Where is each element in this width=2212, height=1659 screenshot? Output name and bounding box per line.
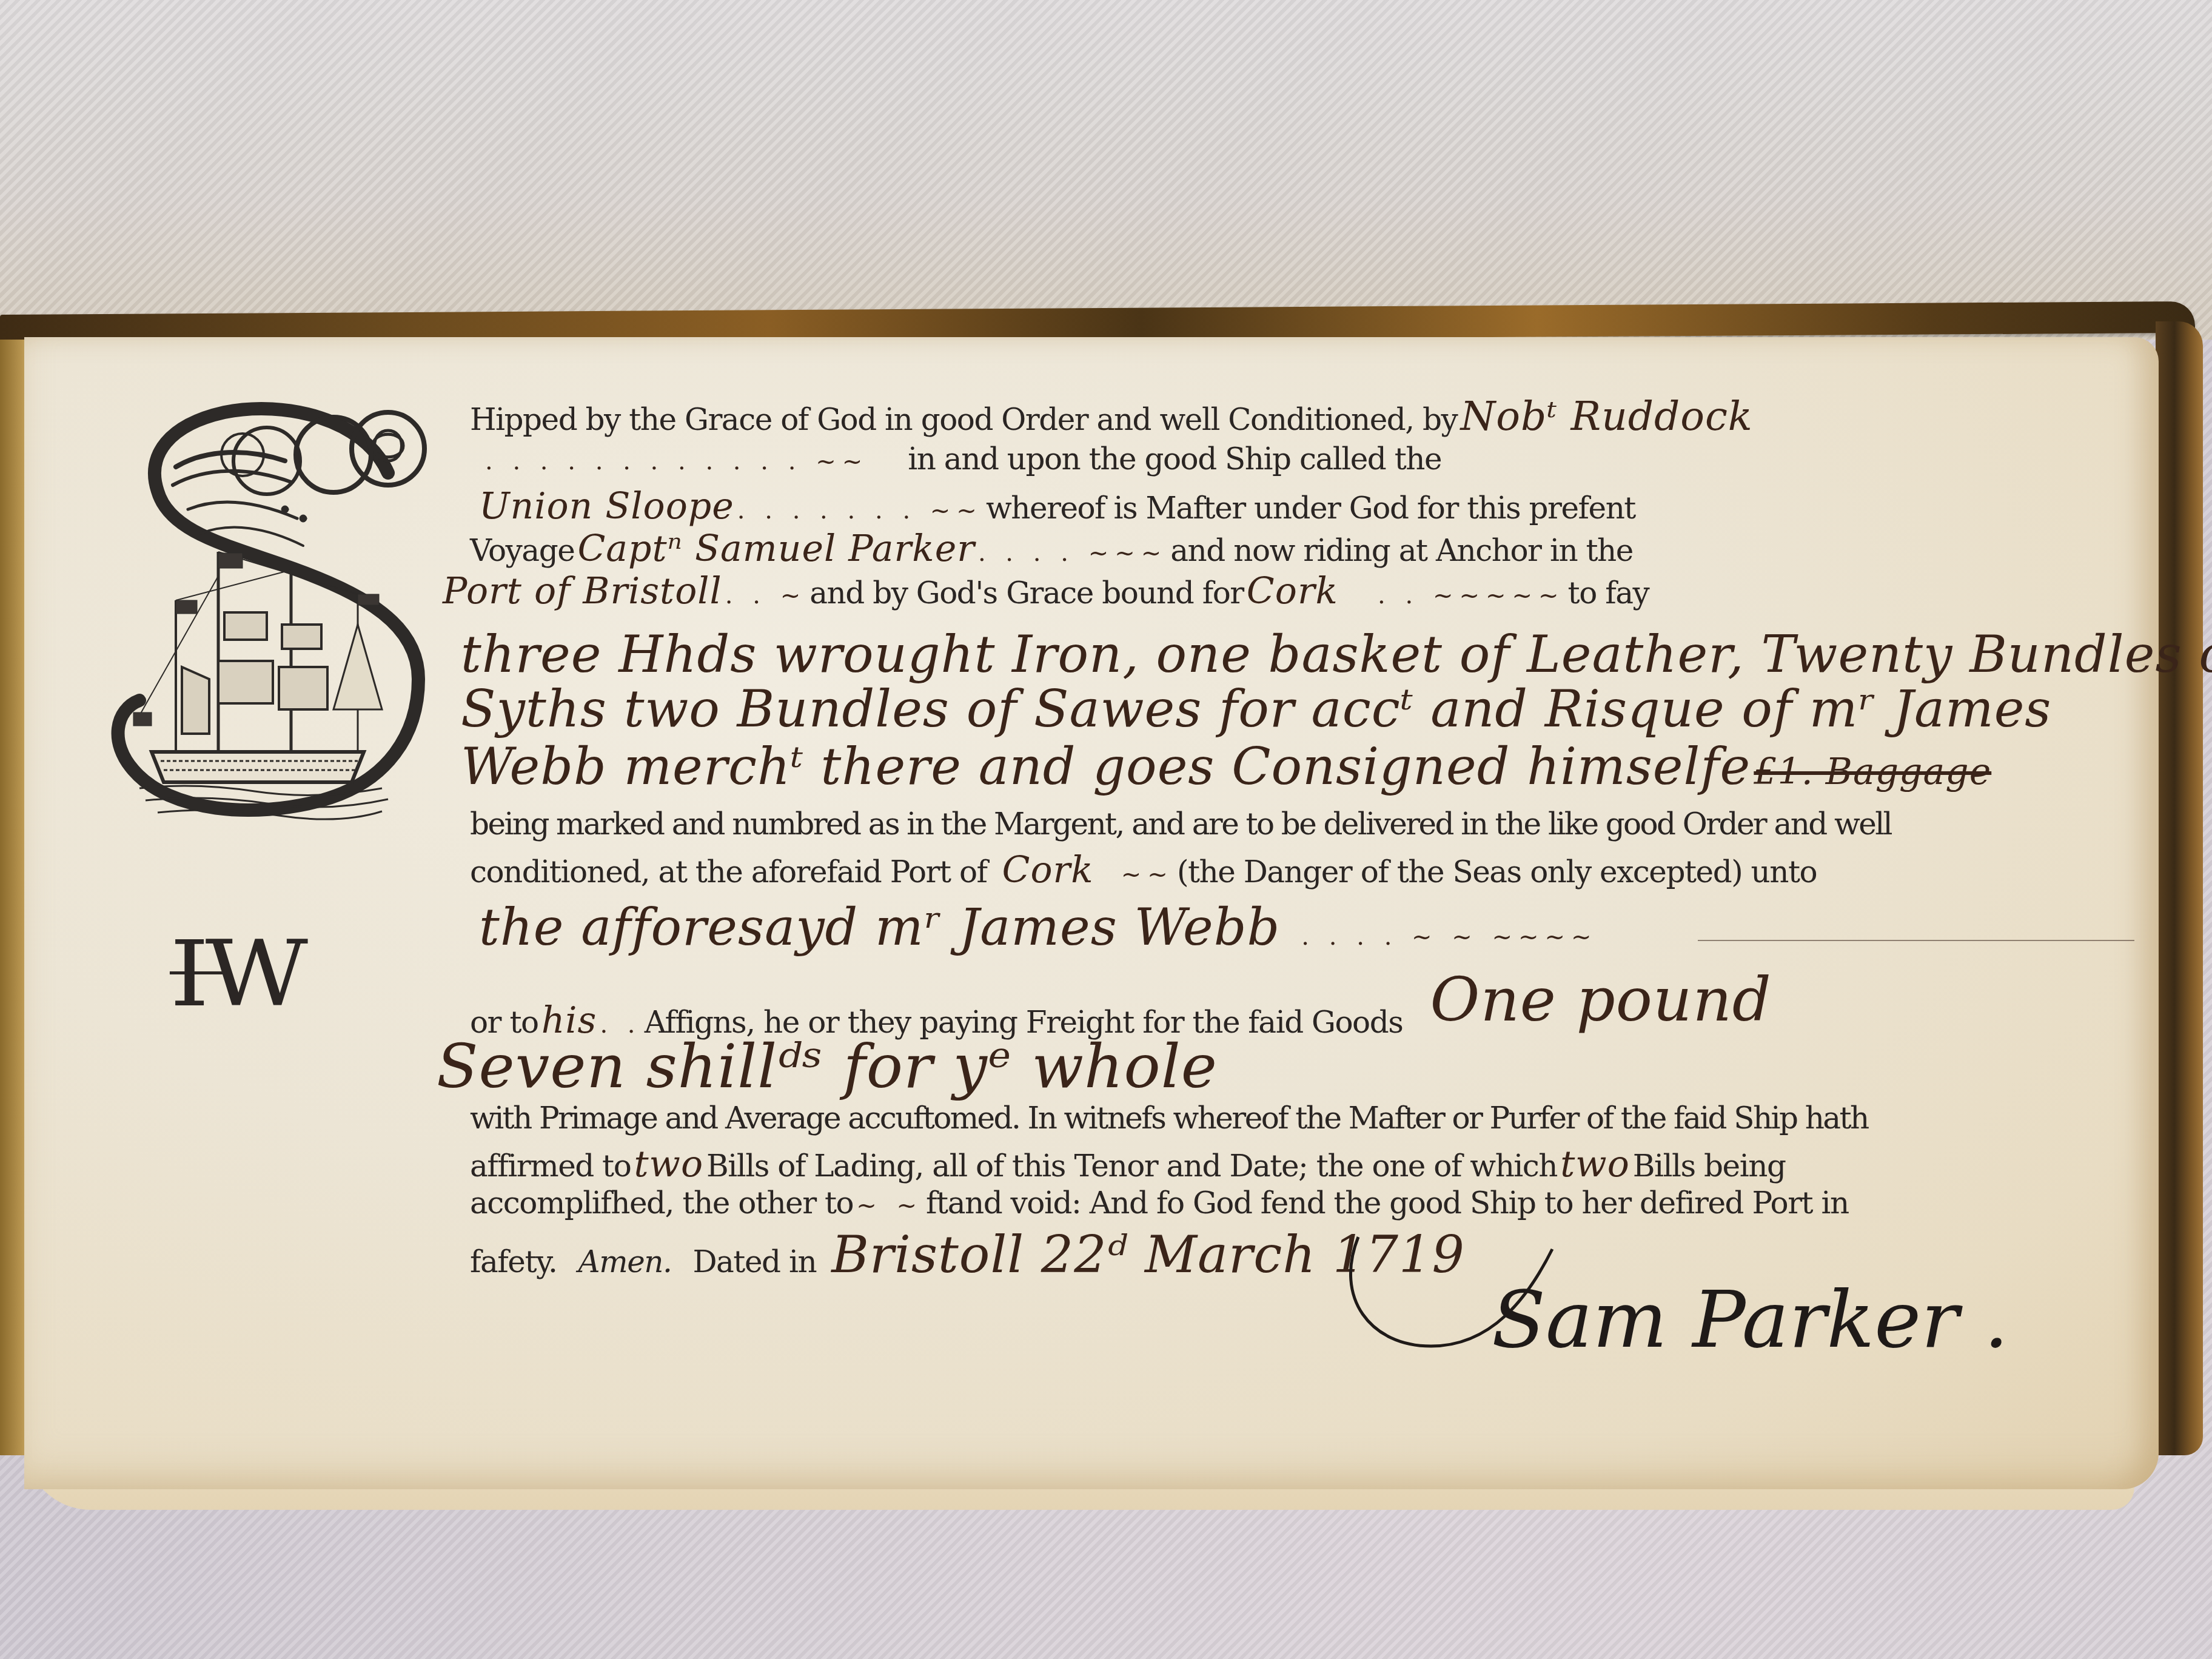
cloth-background	[0, 0, 2212, 340]
doc-line-3: Union Sloope . . . . . . . ~~ whereof is…	[479, 485, 1635, 528]
struck-baggage-note: £1. Baggage	[1754, 751, 1991, 793]
filler-dots: . . . . . . . ~~	[737, 497, 983, 525]
printed-text: (the Danger of the Seas only excepted) u…	[1177, 854, 1817, 890]
doc-line-11: the afforesayd mʳ James Webb . . . . ~ ~…	[479, 897, 1598, 957]
printed-text: fafety.	[470, 1244, 557, 1279]
filler-dots: ~ ~	[856, 1191, 923, 1219]
printed-text: Voyage	[470, 533, 574, 568]
doc-line-4: Voyage Captⁿ Samuel Parker . . . . ~~~ a…	[470, 528, 1633, 570]
printed-text: being marked and numbred as in the Marge…	[470, 806, 1891, 842]
printed-text: Bills of Lading, all of this Tenor and D…	[706, 1148, 1557, 1184]
printed-text: conditioned, at the aforefaid Port of	[470, 854, 987, 890]
printed-text: to fay	[1568, 575, 1649, 611]
printed-text: Amen.	[578, 1244, 672, 1279]
doc-line-17: fafety. Amen. Dated in Bristoll 22ᵈ Marc…	[470, 1225, 1465, 1284]
printed-text: with Primage and Average accuftomed. In …	[470, 1101, 1868, 1136]
bills-count: two	[634, 1143, 703, 1185]
printed-text: Dated in	[692, 1244, 816, 1279]
filler-dots: . . ~~~~~	[1378, 581, 1564, 609]
cargo-margin-mark: IW	[170, 922, 304, 1027]
printed-text: in and upon the good Ship called the	[908, 441, 1441, 477]
cargo-description: three Hhds wrought Iron, one basket of L…	[461, 625, 2212, 684]
cargo-description: Webb merchᵗ there and goes Consigned him…	[461, 737, 1751, 796]
port-of-departure: Port of Bristoll	[443, 570, 722, 612]
doc-line-1: Hipped by the Grace of God in good Order…	[470, 393, 1753, 440]
doc-line-6: three Hhds wrought Iron, one basket of L…	[461, 625, 2212, 684]
printed-text: and by God's Grace bound for	[809, 575, 1243, 611]
doc-line-14: with Primage and Average accuftomed. In …	[470, 1101, 1868, 1136]
printed-text: ftand void: And fo God fend the good Shi…	[926, 1185, 1849, 1221]
printed-text: and now riding at Anchor in the	[1170, 533, 1633, 568]
doc-line-8: Webb merchᵗ there and goes Consigned him…	[461, 737, 1991, 796]
doc-line-7: Syths two Bundles of Sawes for accᵗ and …	[461, 679, 2051, 739]
filler-dots: . . ~	[725, 581, 806, 609]
shipper-name: Nobᵗ Ruddock	[1460, 393, 1752, 440]
book-cover-right-edge	[2156, 321, 2203, 1455]
bills-count: two	[1560, 1143, 1630, 1185]
printed-text: accomplifhed, the other to	[470, 1185, 853, 1221]
freight-amount-continued: Seven shillᵈˢ for yᵉ whole	[437, 1031, 1218, 1102]
printed-text: Bills being	[1633, 1148, 1786, 1184]
filler-dots: ~~	[1121, 860, 1174, 888]
doc-line-2: . . . . . . . . . . . . ~~ in and upon t…	[485, 441, 1441, 477]
filler-dots: . . . . ~ ~ ~~~~	[1301, 923, 1597, 951]
filler-dots: . . . . . . . . . . . . ~~	[485, 447, 868, 475]
doc-line-9: being marked and numbred as in the Marge…	[470, 806, 1891, 842]
doc-line-15: affirmed to two Bills of Lading, all of …	[470, 1143, 1785, 1185]
delivery-port: Cork	[1002, 849, 1094, 891]
freight-amount: One pound	[1430, 964, 1771, 1035]
printed-text: Hipped by the Grace of God in good Order…	[470, 402, 1457, 437]
master-name: Captⁿ Samuel Parker	[577, 528, 974, 570]
ruled-line	[1698, 940, 2134, 941]
cargo-description: Syths two Bundles of Sawes for accᵗ and …	[461, 679, 2051, 739]
consignee-name: the afforesayd mʳ James Webb	[479, 897, 1280, 957]
printed-text: affirmed to	[470, 1148, 631, 1184]
destination-port: Cork	[1247, 570, 1338, 612]
printed-text: whereof is Mafter under God for this pre…	[986, 491, 1635, 526]
ship-in-letter-S-icon	[103, 394, 449, 867]
filler-dots: . . . . ~~~	[978, 539, 1167, 567]
master-signature: Sam Parker .	[1492, 1273, 2009, 1366]
doc-line-5: Port of Bristoll . . ~ and by God's Grac…	[443, 570, 1649, 612]
doc-line-16: accomplifhed, the other to ~ ~ ftand voi…	[470, 1185, 1849, 1221]
ship-name: Union Sloope	[479, 485, 734, 528]
doc-line-13: Seven shillᵈˢ for yᵉ whole	[437, 1031, 1218, 1102]
doc-line-10: conditioned, at the aforefaid Port of Co…	[470, 849, 1817, 891]
